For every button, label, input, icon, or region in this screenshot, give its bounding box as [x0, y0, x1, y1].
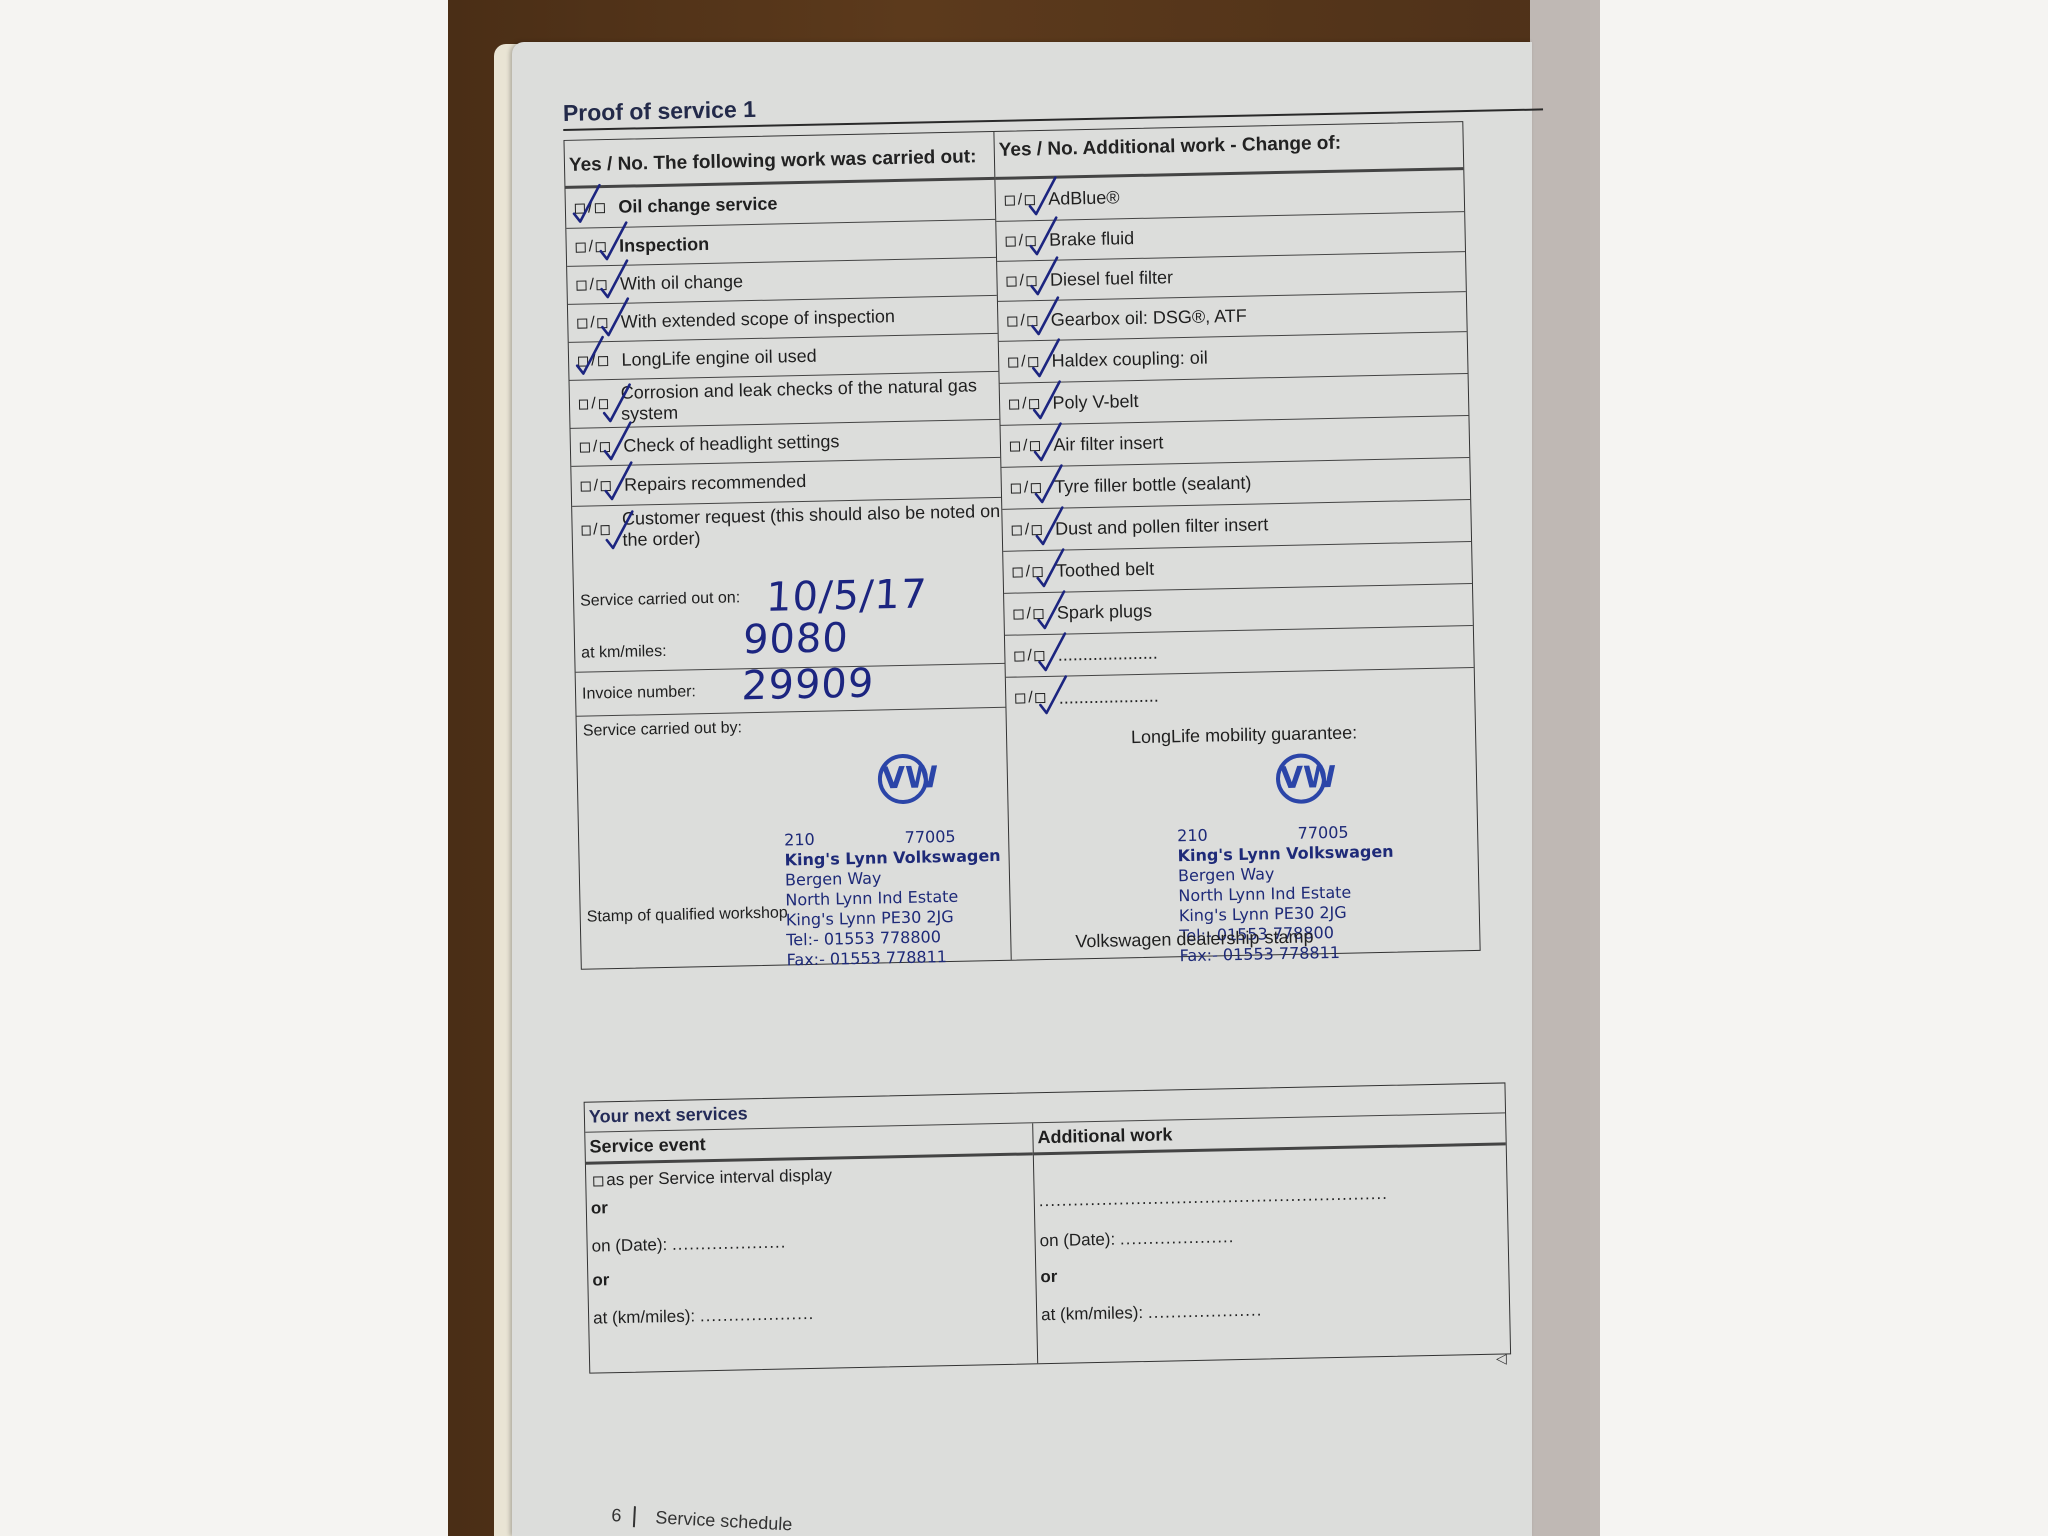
corner-triangle-icon: ◁ — [1496, 1350, 1507, 1367]
additional-item-label: Brake fluid — [1049, 228, 1134, 250]
slash-separator: / — [591, 395, 596, 413]
vw-logo-icon: VW — [1275, 753, 1326, 804]
stamp-fax: Fax:- 01553 778811 — [786, 946, 1002, 971]
no-checkbox[interactable] — [1025, 195, 1035, 205]
slash-separator: / — [1018, 232, 1023, 250]
on-date-label: on (Date): — [591, 1235, 667, 1256]
no-checkbox[interactable] — [1033, 566, 1043, 576]
slash-separator: / — [591, 352, 596, 370]
slash-separator: / — [1021, 353, 1026, 371]
additional-item-label: Gearbox oil: DSG®, ATF — [1051, 306, 1247, 331]
or-label: or — [591, 1189, 1030, 1218]
service-carried-out-by-cell: Service carried out by: VW 21077005 King… — [577, 708, 1010, 933]
vw-logo-icon: VW — [877, 753, 928, 804]
work-item-label: Inspection — [619, 234, 709, 257]
work-item-label: Repairs recommended — [624, 471, 806, 495]
stamp-code-2: 77005 — [904, 827, 955, 848]
additional-item-label: Diesel fuel filter — [1050, 267, 1173, 290]
work-item-label: With extended scope of inspection — [621, 306, 896, 332]
yes-checkbox[interactable] — [1006, 236, 1016, 246]
or-label: or — [1040, 1257, 1504, 1287]
slash-separator: / — [1025, 521, 1030, 539]
work-item-label: Corrosion and leak checks of the natural… — [620, 375, 999, 424]
no-checkbox[interactable] — [1034, 608, 1044, 618]
slash-separator: / — [1028, 689, 1033, 707]
no-checkbox[interactable] — [1029, 357, 1039, 367]
at-km-label: at (km/miles): — [593, 1306, 695, 1327]
slash-separator: / — [594, 477, 599, 495]
proof-of-service-form: Yes / No. The following work was carried… — [563, 121, 1480, 970]
work-carried-out-column: Yes / No. The following work was carried… — [564, 132, 1011, 969]
service-interval-checkbox[interactable] — [593, 1176, 603, 1186]
slash-separator: / — [593, 521, 598, 539]
yes-checkbox[interactable] — [575, 203, 585, 213]
yes-checkbox[interactable] — [582, 525, 591, 535]
yes-checkbox[interactable] — [579, 399, 588, 409]
slash-separator: / — [1019, 272, 1024, 290]
stamp-code-1: 210 — [784, 830, 815, 851]
no-checkbox[interactable] — [601, 525, 610, 535]
km-label: at km/miles: — [581, 643, 667, 663]
yes-checkbox[interactable] — [1015, 693, 1025, 703]
slash-separator: / — [1025, 563, 1030, 581]
slash-separator: / — [589, 276, 594, 294]
no-checkbox[interactable] — [1029, 399, 1039, 409]
slash-separator: / — [1018, 191, 1023, 209]
stamp-code-1: 210 — [1177, 826, 1208, 847]
yes-checkbox[interactable] — [1013, 609, 1023, 619]
yes-checkbox[interactable] — [580, 442, 590, 452]
additional-item-label: Tyre filler bottle (sealant) — [1054, 473, 1251, 498]
no-checkbox[interactable] — [596, 242, 606, 252]
yes-checkbox[interactable] — [576, 280, 586, 290]
longlife-guarantee-cell: LongLife mobility guarantee: VW 21077005… — [1007, 710, 1480, 960]
facing-page — [1530, 0, 1600, 1536]
slash-separator: / — [590, 314, 595, 332]
service-date-row: Service carried out on: 10/5/17 at km/mi… — [573, 546, 1004, 673]
yes-checkbox[interactable] — [1010, 441, 1020, 451]
work-item-label: Oil change service — [618, 194, 777, 218]
guarantee-label: LongLife mobility guarantee: — [1131, 722, 1358, 748]
carried-out-by-label: Service carried out by: — [583, 719, 743, 740]
additional-item-label: Haldex coupling: oil — [1051, 348, 1207, 372]
slash-separator: / — [1024, 479, 1029, 497]
dealer-stamp-workshop: 21077005 King's Lynn Volkswagen Bergen W… — [784, 826, 1003, 970]
work-item-label: Customer request (this should also be no… — [622, 501, 1002, 550]
additional-item-label: Toothed belt — [1056, 559, 1154, 582]
no-checkbox[interactable] — [1031, 483, 1041, 493]
additional-item-label: .................... — [1058, 685, 1158, 708]
yes-checkbox[interactable] — [1006, 276, 1016, 286]
no-checkbox[interactable] — [598, 318, 608, 328]
work-item-label: LongLife engine oil used — [621, 346, 817, 371]
work-item-label: Check of headlight settings — [623, 431, 840, 456]
next-services-section: Your next services Service event as per … — [584, 1082, 1511, 1373]
slash-separator: / — [1027, 647, 1032, 665]
slash-separator: / — [1023, 437, 1028, 455]
yes-checkbox[interactable] — [1014, 651, 1024, 661]
no-checkbox[interactable] — [1027, 276, 1037, 286]
no-checkbox[interactable] — [599, 399, 608, 409]
on-date-label: on (Date): — [1039, 1230, 1115, 1251]
stamp-workshop-label: Stamp of qualified workshop — [587, 904, 788, 926]
no-checkbox[interactable] — [1036, 693, 1046, 703]
no-checkbox[interactable] — [601, 481, 611, 491]
invoice-value[interactable]: 29909 — [741, 660, 875, 709]
yes-checkbox[interactable] — [1007, 316, 1017, 326]
at-km-label: at (km/miles): — [1041, 1303, 1143, 1324]
no-checkbox[interactable] — [1030, 441, 1040, 451]
additional-item-label: .................... — [1058, 643, 1158, 666]
service-event-column: Service event as per Service interval di… — [585, 1123, 1038, 1372]
service-date-value[interactable]: 10/5/17 — [765, 571, 928, 620]
no-checkbox[interactable] — [595, 203, 605, 213]
slash-separator: / — [1022, 395, 1027, 413]
next-km-field[interactable]: .................... — [700, 1304, 815, 1325]
yes-checkbox[interactable] — [1011, 483, 1021, 493]
yes-checkbox[interactable] — [581, 481, 591, 491]
no-checkbox[interactable] — [1028, 316, 1038, 326]
additional-item-label: Dust and pollen filter insert — [1055, 514, 1268, 539]
service-record-sheet: Proof of service 1 Yes / No. The followi… — [560, 51, 1510, 1530]
additional-date-field[interactable]: .................... — [1120, 1227, 1235, 1248]
yes-checkbox[interactable] — [1013, 567, 1023, 577]
invoice-label: Invoice number: — [582, 683, 696, 703]
yes-checkbox[interactable] — [576, 242, 586, 252]
service-date-label: Service carried out on: — [580, 589, 740, 610]
yes-checkbox[interactable] — [1009, 399, 1019, 409]
additional-work-column: Yes / No. Additional work - Change of: /… — [994, 122, 1479, 960]
slash-separator: / — [593, 438, 598, 456]
additional-work-next-column: Additional work ........................… — [1033, 1113, 1510, 1363]
no-checkbox[interactable] — [597, 280, 607, 290]
yes-checkbox[interactable] — [577, 318, 587, 328]
work-item-label: With oil change — [620, 271, 743, 294]
slash-separator: / — [1026, 605, 1031, 623]
yes-checkbox[interactable] — [1008, 357, 1018, 367]
additional-item-label: Spark plugs — [1057, 601, 1152, 624]
stamp-code-2: 77005 — [1297, 823, 1348, 844]
no-checkbox[interactable] — [1035, 650, 1045, 660]
additional-items-list: /AdBlue®/Brake fluid/Diesel fuel filter/… — [995, 170, 1474, 720]
additional-work-field[interactable]: ........................................… — [1039, 1184, 1388, 1210]
additional-item-label: Air filter insert — [1053, 433, 1163, 456]
work-items-list: /Oil change service/Inspection/With oil … — [565, 180, 1002, 555]
no-checkbox[interactable] — [1032, 525, 1042, 535]
yes-checkbox[interactable] — [1012, 525, 1022, 535]
additional-km-field[interactable]: .................... — [1148, 1301, 1263, 1322]
additional-item-label: Poly V-belt — [1052, 391, 1138, 413]
next-date-field[interactable]: .................... — [672, 1233, 787, 1254]
yes-checkbox[interactable] — [578, 356, 588, 366]
additional-item-label: AdBlue® — [1048, 187, 1120, 209]
or-label: or — [592, 1261, 1031, 1290]
no-checkbox[interactable] — [1026, 236, 1036, 246]
page-number: 6 — [611, 1505, 636, 1527]
km-value[interactable]: 9080 — [742, 615, 850, 663]
slash-separator: / — [588, 199, 593, 217]
no-checkbox[interactable] — [600, 442, 610, 452]
yes-checkbox[interactable] — [1005, 195, 1015, 205]
slash-separator: / — [589, 238, 594, 256]
as-per-label: as per Service interval display — [606, 1166, 832, 1190]
no-checkbox[interactable] — [598, 356, 608, 366]
slash-separator: / — [1020, 312, 1025, 330]
